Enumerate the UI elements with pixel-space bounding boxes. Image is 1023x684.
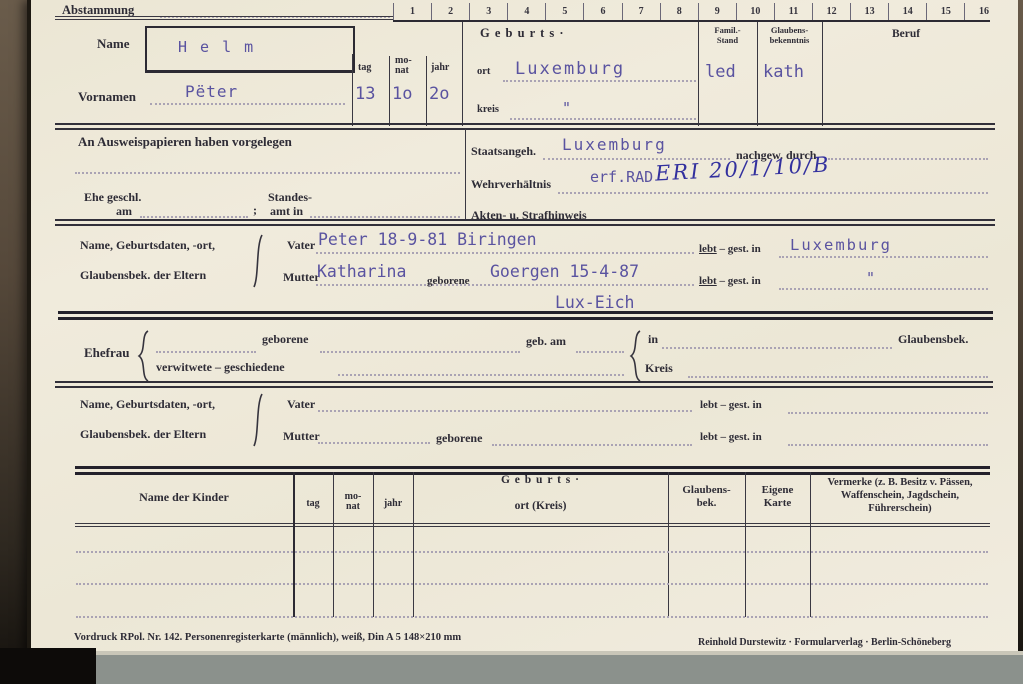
mutter2-lebt-gest-label: lebt – gest. in	[700, 431, 762, 443]
divider	[55, 16, 393, 20]
parents1-row-label-1: Name, Geburtsdaten, -ort,	[80, 238, 215, 253]
ehe-label: Ehe geschl.	[84, 190, 141, 205]
table-row-ruling	[76, 551, 988, 553]
table-row-ruling	[76, 583, 988, 585]
jahr-value: 2o	[429, 84, 449, 104]
geburts-header: G e b u r t s ·	[480, 26, 565, 41]
brace	[252, 393, 264, 447]
number-cell: 13	[850, 3, 888, 21]
divider	[58, 311, 993, 320]
mutter1-geb-value: Goergen 15-4-87	[490, 262, 639, 281]
divider	[55, 123, 995, 130]
vater1-lebt-gest-label: lebt – gest. in	[699, 243, 761, 255]
name-label: Name	[97, 36, 130, 52]
number-cell: 7	[622, 3, 660, 21]
form-imprint-right: Reinhold Durstewitz · Formularverlag · B…	[698, 637, 951, 648]
ehefrau-in-ruling	[662, 347, 892, 349]
ehefrau-kreis-ruling	[688, 376, 988, 378]
number-cell: 8	[660, 3, 698, 21]
brace	[136, 330, 150, 382]
divider	[465, 129, 466, 220]
staatsangeh-label: Staatsangeh.	[471, 144, 536, 159]
divider	[426, 56, 427, 126]
form-imprint-left: Vordruck RPol. Nr. 142. Personenregister…	[74, 632, 461, 643]
number-cell: 16	[964, 3, 1002, 21]
brace	[628, 330, 642, 382]
ehefrau-glaubensbek-label: Glaubensbek.	[898, 332, 968, 347]
wehr-typed-value: erf.RAD	[590, 168, 653, 186]
standesamt-label: Standes-	[268, 190, 312, 205]
name-value: H e l m	[178, 38, 255, 56]
divider	[75, 523, 990, 527]
vater1-ort-ruling	[779, 256, 988, 258]
number-cell: 1	[393, 3, 431, 21]
mutter1-ort2-value: Lux-Eich	[555, 293, 634, 312]
ausweis-ruling	[75, 172, 460, 174]
vater1-value: Peter 18-9-81 Biringen	[318, 230, 537, 249]
wehr-label: Wehrverhältnis	[471, 177, 551, 192]
divider	[810, 472, 811, 617]
ehefrau-geb-am-ruling	[576, 351, 624, 353]
mutter1-geborene-label: geborene	[427, 275, 470, 287]
ehe-am-label: am	[116, 204, 132, 219]
divider	[462, 22, 463, 126]
kreis-value: "	[562, 99, 571, 117]
glaubensbek-label: Glaubens-bekenntnis	[758, 26, 821, 45]
children-bemerke-header: Vermerke (z. B. Besitz v. Pässen, Waffen…	[814, 476, 986, 515]
monat-label: mo-nat	[395, 56, 412, 76]
parents1-vater-label: Vater	[287, 238, 315, 253]
vater2-ruling	[318, 410, 692, 412]
divider	[373, 472, 374, 617]
table-row-ruling	[76, 616, 988, 618]
ort-label: ort	[477, 66, 490, 77]
ehefrau-geborene-ruling	[320, 351, 520, 353]
number-cell: 15	[926, 3, 964, 21]
divider	[393, 20, 990, 22]
tag-label: tag	[358, 62, 371, 73]
children-jahr-header: jahr	[373, 498, 413, 509]
vater2-ort-ruling	[788, 412, 988, 414]
divider	[352, 54, 353, 126]
vater2-lebt-gest-label: lebt – gest. in	[700, 399, 762, 411]
monat-value: 1o	[392, 84, 412, 104]
tag-value: 13	[355, 84, 375, 104]
divider	[293, 472, 295, 617]
parents2-row-label-1: Name, Geburtsdaten, -ort,	[80, 397, 215, 412]
vornamen-label: Vornamen	[78, 89, 136, 105]
parents2-row-label-2: Glaubensbek. der Eltern	[80, 427, 206, 442]
kreis-ruling	[510, 118, 696, 120]
parents2-vater-label: Vater	[287, 397, 315, 412]
ehe-am-ruling	[140, 216, 248, 218]
vater1-ruling	[316, 252, 694, 254]
number-cell: 12	[812, 3, 850, 21]
children-name-header: Name der Kinder	[75, 490, 293, 505]
number-cell: 6	[583, 3, 621, 21]
parents1-mutter-label: Mutter	[283, 270, 320, 285]
form-content: Abstammung 12345678910111213141516 Name …	[0, 0, 1023, 684]
ehefrau-name-ruling	[156, 351, 256, 353]
vornamen-ruling	[150, 103, 345, 105]
mutter2-ort-ruling	[788, 444, 988, 446]
number-cell: 9	[698, 3, 736, 21]
mutter1-lebt-gest-label: lebt – gest. in	[699, 275, 761, 287]
number-cell: 11	[774, 3, 812, 21]
vornamen-value: Pëter	[185, 82, 238, 101]
vater1-ort-value: Luxemburg	[790, 236, 892, 254]
mutter2-geborene-label: geborene	[436, 431, 482, 446]
familstand-label: Famil.-Stand	[699, 26, 756, 45]
number-cell: 2	[431, 3, 469, 21]
wehr-ruling	[558, 192, 988, 194]
kreis-label: kreis	[477, 104, 499, 115]
mutter1-value: Katharina	[317, 262, 406, 281]
children-geburts-header: G e b u r t s ·	[413, 474, 668, 486]
divider	[55, 219, 995, 226]
familstand-value: led	[705, 62, 736, 82]
children-eigene-karte-header: EigeneKarte	[745, 484, 810, 510]
beruf-label: Beruf	[822, 28, 990, 40]
divider	[389, 56, 390, 126]
brace	[252, 234, 264, 288]
number-cell: 14	[888, 3, 926, 21]
ehefrau-label: Ehefrau	[84, 345, 130, 361]
children-ort-header: ort (Kreis)	[413, 500, 668, 512]
standesamt-ruling	[310, 216, 460, 218]
mutter2-ruling	[318, 442, 430, 444]
children-glaubensbek-header: Glaubens-bek.	[668, 484, 745, 510]
ehefrau-in-label: in	[648, 332, 658, 347]
number-cell: 4	[507, 3, 545, 21]
ehefrau-kreis-label: Kreis	[645, 361, 673, 376]
nachgew-ruling	[828, 158, 988, 160]
divider	[413, 472, 414, 617]
number-cell: 5	[545, 3, 583, 21]
mutter2-geborene-ruling	[492, 444, 692, 446]
children-tag-header: tag	[293, 498, 333, 509]
mutter1-ort-ruling	[779, 288, 988, 290]
ehefrau-verwitwete-label: verwitwete – geschiedene	[156, 360, 285, 375]
glaubensbek-value: kath	[763, 62, 804, 82]
ehefrau-geb-am-label: geb. am	[526, 334, 566, 349]
staatsangeh-value: Luxemburg	[562, 135, 667, 154]
divider	[55, 381, 993, 388]
mutter1-ruling	[316, 284, 694, 286]
number-cell: 10	[736, 3, 774, 21]
ausweis-label: An Ausweispapieren haben vorgelegen	[78, 134, 292, 150]
ehefrau-verwitwete-ruling	[338, 374, 624, 376]
mutter1-ort-value: "	[866, 269, 875, 287]
children-monat-header: mo-nat	[333, 492, 373, 512]
number-cell: 3	[469, 3, 507, 21]
jahr-label: jahr	[431, 62, 449, 73]
ort-ruling	[503, 80, 696, 82]
parents1-row-label-2: Glaubensbek. der Eltern	[80, 268, 206, 283]
ehe-separator: ;	[253, 203, 257, 218]
number-row: 12345678910111213141516	[393, 1, 990, 19]
standesamt-in-label: amt in	[270, 204, 303, 219]
ort-value: Luxemburg	[515, 59, 625, 79]
ehefrau-geborene-label: geborene	[262, 332, 308, 347]
parents2-mutter-label: Mutter	[283, 429, 320, 444]
